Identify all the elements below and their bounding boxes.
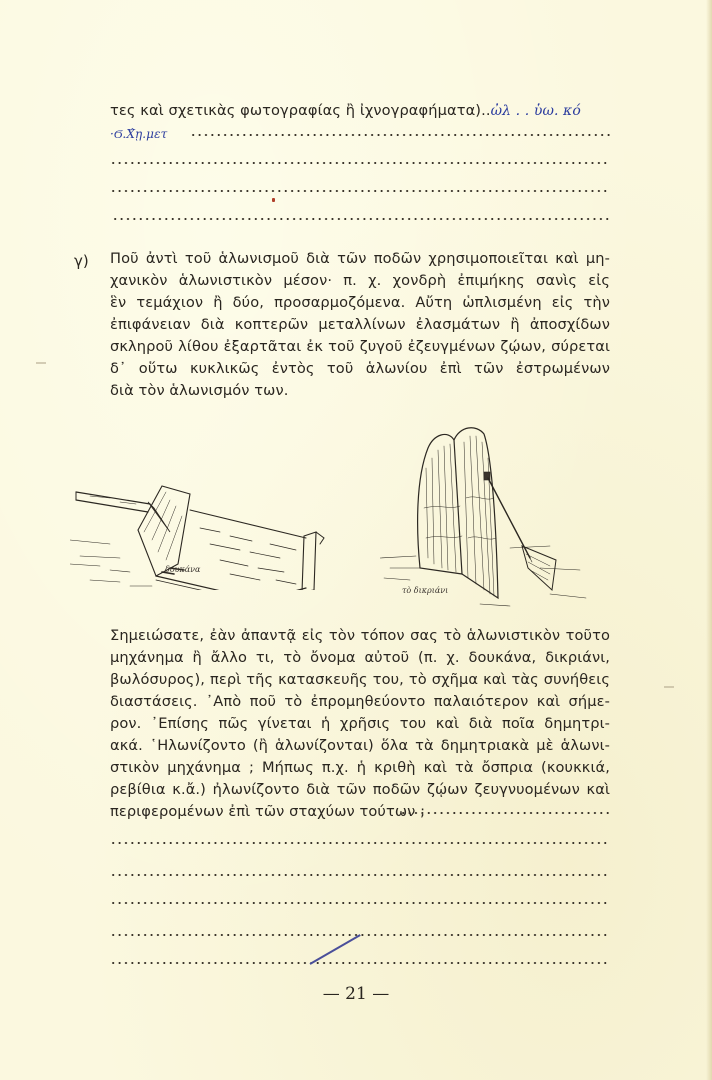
dotted-answer-line — [110, 901, 610, 905]
dotted-answer-line — [400, 811, 610, 815]
dotted-answer-line — [110, 841, 610, 845]
note-line: ρεβίθια κ.ἄ.) ἠλωνίζοντο διὰ τῶν ποδῶν ζ… — [110, 779, 610, 801]
dotted-answer-line — [190, 133, 610, 137]
note-line: βωλόσυρος), περὶ τῆς κατασκευῆς του, τὸ … — [110, 669, 610, 691]
question-label: γ) — [74, 252, 89, 270]
question-line: σκληροῦ λίθου ἐξαρτᾶται ἐκ τοῦ ζυγοῦ ἐζε… — [110, 336, 610, 358]
dotted-answer-line — [112, 217, 612, 221]
note-line: ρον. ᾿Επίσης πῶς γίνεται ἡ χρῆσις του κα… — [110, 713, 610, 735]
dotted-answer-line — [110, 189, 610, 193]
page-edge-shadow — [706, 0, 712, 1080]
ink-spot — [272, 198, 275, 202]
question-line: δ᾽ οὕτω κυκλικῶς ἐντὸς τοῦ ἁλωνίου ἐπὶ τ… — [110, 358, 610, 380]
question-line: ἓν τεμάχιον ἢ δύο, προσαρμοζόμενα. Αὔτη … — [110, 292, 610, 314]
handwritten-answer-2: ·Ϭ.Χ̂ῃ.μετ — [110, 127, 167, 141]
handwritten-answer-1: ὠλ . . ὑω. κό — [491, 103, 581, 119]
dikriani-caption: τὸ δικριάνι — [402, 586, 448, 595]
dotted-answer-line — [110, 873, 610, 877]
question-line: διὰ τὸν ἁλωνισμόν των. — [110, 380, 610, 402]
continuation-line: τες καὶ σχετικὰς φωτογραφίας ἢ ἰχνογραφή… — [110, 100, 630, 122]
question-line: Ποῦ ἀντὶ τοῦ ἁλωνισμοῦ διὰ τῶν ποδῶν χρη… — [110, 248, 610, 270]
continuation-text: τες καὶ σχετικὰς φωτογραφίας ἢ ἰχνογραφή… — [110, 102, 491, 119]
doukana-illustration: δουκάνα — [70, 440, 360, 590]
doukana-caption: δουκάνα — [165, 565, 201, 574]
note-line: διαστάσεις. ᾿Απὸ ποῦ τὸ ἐπρομηθεύοντο πα… — [110, 691, 610, 713]
note-line: Σημειώσατε, ἐὰν ἀπαντᾷ εἰς τὸν τόπον σας… — [110, 625, 610, 647]
page-number: — 21 — — [0, 984, 712, 1004]
margin-mark — [664, 686, 674, 688]
note-line: στικὸν μηχάνημα ; Μήπως π.χ. ἡ κριθὴ καὶ… — [110, 757, 610, 779]
dotted-answer-line — [110, 961, 610, 965]
note-line: μηχάνημα ἢ ἄλλο τι, τὸ ὄνομα αὐτοῦ (π. χ… — [110, 647, 610, 669]
dikriani-illustration: τὸ δικριάνι — [380, 418, 590, 608]
dotted-answer-line — [110, 161, 610, 165]
question-line: ἐπιφάνειαν διὰ κοπτερῶν μεταλλίνων ἐλασμ… — [110, 314, 610, 336]
question-line: χανικὸν ἁλωνιστικὸν μέσον· π. χ. χονδρὴ … — [110, 270, 610, 292]
note-line: ακά. ῾Ηλωνίζοντο (ἢ ἁλωνίζονται) ὅλα τὰ … — [110, 735, 610, 757]
note-last-text: περιφερομένων ἐπὶ τῶν σταχύων τούτων ; — [110, 803, 425, 820]
margin-mark — [36, 362, 46, 364]
